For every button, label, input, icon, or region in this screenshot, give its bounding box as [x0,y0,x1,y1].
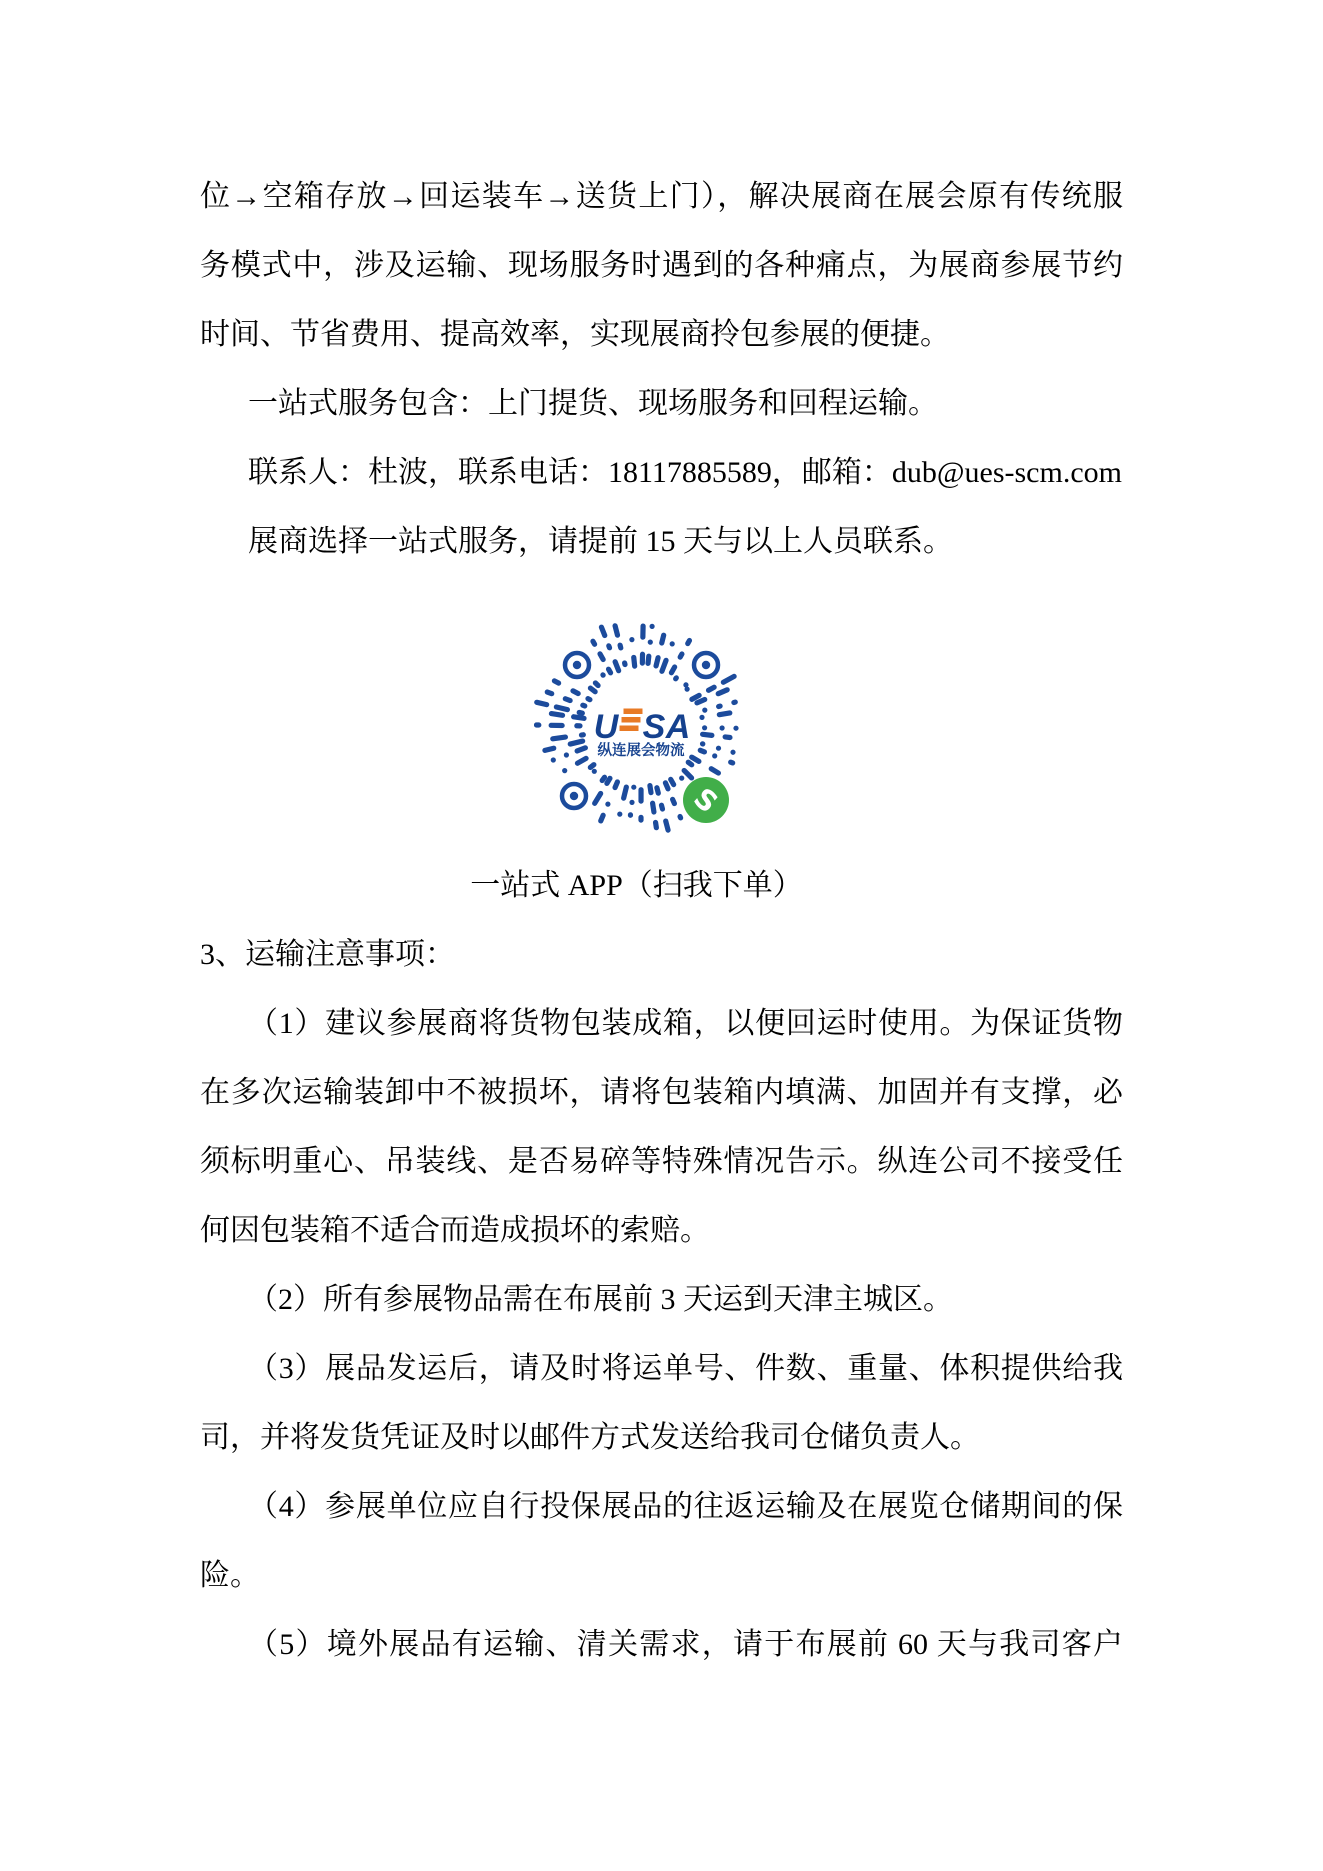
text-line: 何因包装箱不适合而造成损坏的索赔。 [200,1196,1123,1265]
uesa-logo-subtext: 纵连展会物流 [597,741,684,759]
paragraph: （1）建议参展商将货物包装成箱，以便回运时使用。为保证货物在多次运输装卸中不被损… [200,989,1123,1265]
paragraph: （5）境外展品有运输、清关需求，请于布展前 60 天与我司客户 [200,1610,1123,1679]
document-page: 位→空箱存放→回运装车→送货上门），解决展商在展会原有传统服务模式中，涉及运输、… [0,0,1323,1871]
paragraph: 一站式服务包含：上门提货、现场服务和回程运输。 [200,369,1123,438]
qr-position-marker [562,784,586,808]
text-line: 一站式服务包含：上门提货、现场服务和回程运输。 [200,369,1123,438]
text-line: （2）所有参展物品需在布展前 3 天运到天津主城区。 [200,1265,1123,1334]
svg-text:U: U [593,708,619,746]
text-line: 在多次运输装卸中不被损坏，请将包装箱内填满、加固并有支撑，必 [200,1058,1123,1127]
qr-position-marker [565,653,589,677]
wechat-miniprogram-icon: S [683,777,729,823]
paragraph: （3）展品发运后，请及时将运单号、件数、重量、体积提供给我司，并将发货凭证及时以… [200,1334,1123,1472]
notes-paragraphs: 3、运输注意事项：（1）建议参展商将货物包装成箱，以便回运时使用。为保证货物在多… [200,920,1123,1679]
text-line: 须标明重心、吊装线、是否易碎等特殊情况告示。纵连公司不接受任 [200,1127,1123,1196]
svg-text:A: A [664,708,690,746]
text-line: （3）展品发运后，请及时将运单号、件数、重量、体积提供给我 [200,1334,1123,1403]
text-line: 联系人：杜波，联系电话：18117885589，邮箱：dub@ues-scm.c… [200,438,1123,507]
text-line: 务模式中，涉及运输、现场服务时遇到的各种痛点，为展商参展节约 [200,231,1123,300]
text-line: 3、运输注意事项： [200,920,1123,989]
paragraph: 展商选择一站式服务，请提前 15 天与以上人员联系。 [200,507,1123,576]
text-line: 司，并将发货凭证及时以邮件方式发送给我司仓储负责人。 [200,1403,1123,1472]
paragraph: 3、运输注意事项： [200,920,1123,989]
document-content: 位→空箱存放→回运装车→送货上门），解决展商在展会原有传统服务模式中，涉及运输、… [200,162,1123,1679]
text-line: （5）境外展品有运输、清关需求，请于布展前 60 天与我司客户 [200,1610,1123,1679]
intro-paragraphs: 位→空箱存放→回运装车→送货上门），解决展商在展会原有传统服务模式中，涉及运输、… [200,162,1123,576]
text-line: 时间、节省费用、提高效率，实现展商拎包参展的便捷。 [200,300,1123,369]
uesa-logo: USA纵连展会物流 [593,708,690,759]
paragraph: 联系人：杜波，联系电话：18117885589，邮箱：dub@ues-scm.c… [200,438,1123,507]
qr-code-figure: USA纵连展会物流S [200,620,1123,834]
svg-text:S: S [642,708,665,746]
paragraph: （2）所有参展物品需在布展前 3 天运到天津主城区。 [200,1265,1123,1334]
text-line: 展商选择一站式服务，请提前 15 天与以上人员联系。 [200,507,1123,576]
paragraph: （4）参展单位应自行投保展品的往返运输及在展览仓储期间的保险。 [200,1472,1123,1610]
paragraph: 位→空箱存放→回运装车→送货上门），解决展商在展会原有传统服务模式中，涉及运输、… [200,162,1123,369]
wechat-miniprogram-qr-code: USA纵连展会物流S [534,620,748,834]
text-line: （1）建议参展商将货物包装成箱，以便回运时使用。为保证货物 [200,989,1123,1058]
qr-position-marker [694,653,718,677]
qr-caption: 一站式 APP（扫我下单） [175,851,1098,920]
text-line: 位→空箱存放→回运装车→送货上门），解决展商在展会原有传统服 [200,162,1123,231]
text-line: 险。 [200,1541,1123,1610]
text-line: （4）参展单位应自行投保展品的往返运输及在展览仓储期间的保 [200,1472,1123,1541]
